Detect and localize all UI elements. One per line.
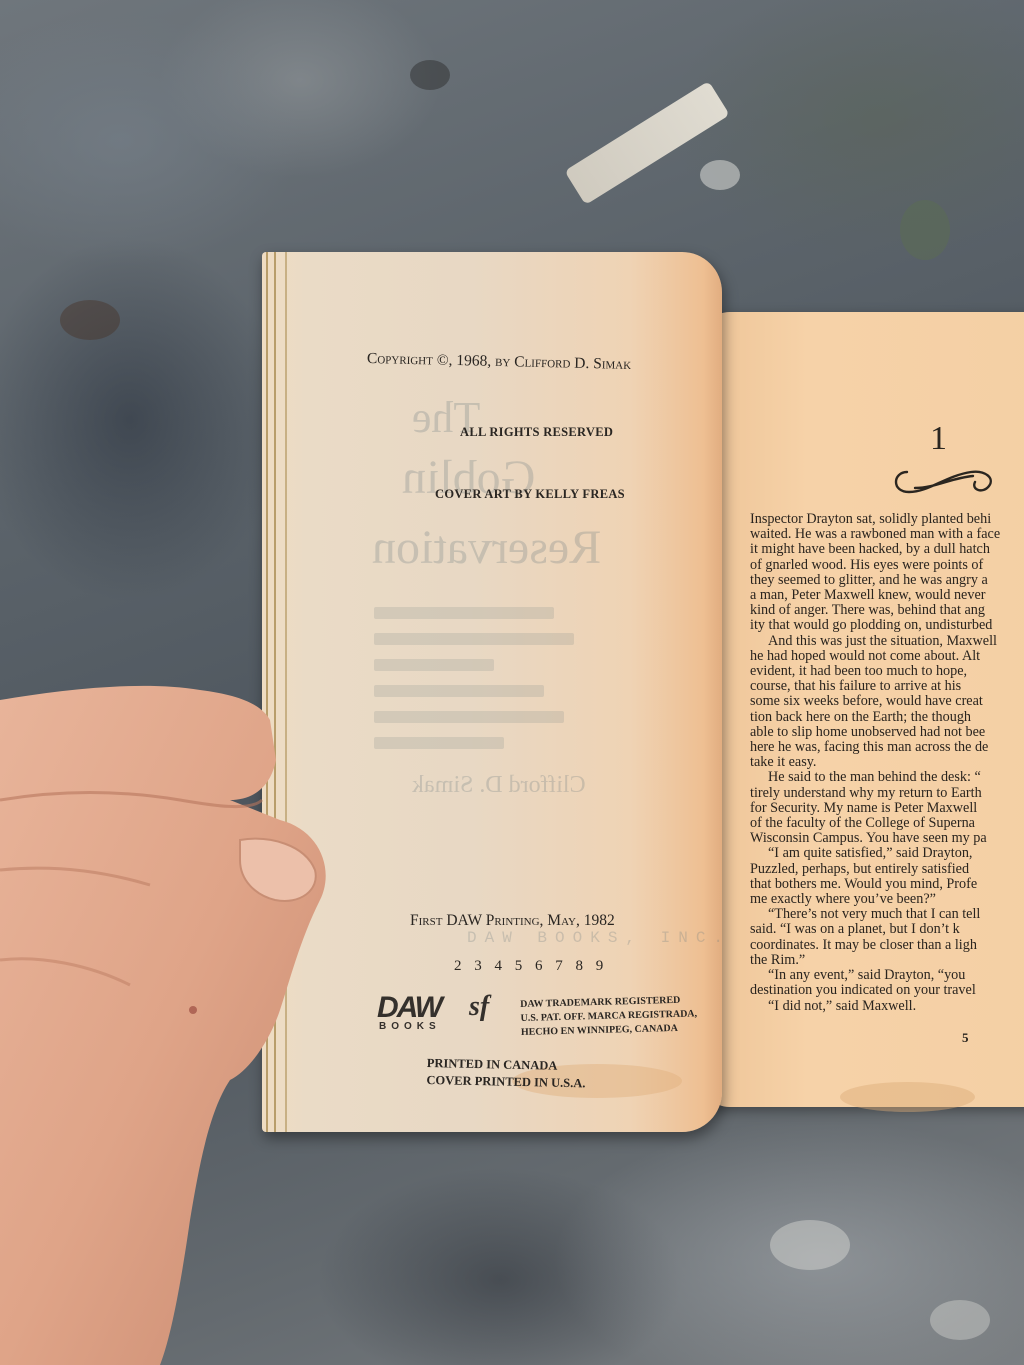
text-line: waited. He was a rawboned man with a fac… xyxy=(750,527,1024,542)
trademark-notice: DAW TRADEMARK REGISTERED U.S. PAT. OFF. … xyxy=(520,993,698,1040)
surface-spot xyxy=(770,1220,850,1270)
text-line: “I did not,” said Maxwell. xyxy=(750,999,1024,1014)
text-line: “I am quite satisfied,” said Drayton, xyxy=(750,846,1024,861)
text-line: it might have been hacked, by a dull hat… xyxy=(750,542,1024,557)
show-through-title-3: Reservation xyxy=(372,520,601,575)
daw-books-logo: DAW BOOKS sf xyxy=(377,995,502,1037)
text-line: he had hoped would not come about. Alt xyxy=(750,649,1024,664)
show-through-imprint: DAW BOOKS, INC. xyxy=(467,929,731,947)
chapter-number: 1 xyxy=(930,420,947,458)
surface-spot xyxy=(60,300,120,340)
flourish-ornament-icon xyxy=(885,462,1000,502)
text-line: that bothers me. Would you mind, Profe xyxy=(750,877,1024,892)
page-edge xyxy=(285,252,287,1132)
text-line: take it easy. xyxy=(750,755,1024,770)
page-number: 5 xyxy=(962,1030,969,1046)
logo-subtext: BOOKS xyxy=(379,1021,441,1032)
surface-spot xyxy=(410,60,450,90)
text-line: “In any event,” said Drayton, “you xyxy=(750,968,1024,983)
right-page: 1 Inspector Drayton sat, solidly planted… xyxy=(700,312,1024,1107)
text-line: Wisconsin Campus. You have seen my pa xyxy=(750,831,1024,846)
text-line: said. “I was on a planet, but I don’t k xyxy=(750,922,1024,937)
page-edge xyxy=(266,252,268,1132)
text-line: of the faculty of the College of Superna xyxy=(750,816,1024,831)
chapter-body-text: Inspector Drayton sat, solidly planted b… xyxy=(750,512,1024,1014)
text-line: for Security. My name is Peter Maxwell xyxy=(750,801,1024,816)
text-line: evident, it had been too much to hope, xyxy=(750,664,1024,679)
text-line: able to slip home unobserved had not bee xyxy=(750,725,1024,740)
surface-spot xyxy=(700,160,740,190)
text-line: He said to the man behind the desk: “ xyxy=(750,770,1024,785)
text-line: they seemed to glitter, and he was angry… xyxy=(750,573,1024,588)
logo-sf-mark: sf xyxy=(469,991,489,1023)
text-line: Inspector Drayton sat, solidly planted b… xyxy=(750,512,1024,527)
text-line: me exactly where you’ve been?” xyxy=(750,892,1024,907)
text-line: And this was just the situation, Maxwell xyxy=(750,634,1024,649)
surface-spot xyxy=(900,200,950,260)
text-line: ity that would go plodding on, undisturb… xyxy=(750,618,1024,633)
page-edge xyxy=(274,252,276,1132)
text-line: tirely understand why my return to Earth xyxy=(750,786,1024,801)
text-line: tion back here on the Earth; the though xyxy=(750,710,1024,725)
page-stain xyxy=(840,1082,975,1112)
text-line: Puzzled, perhaps, but entirely satisfied xyxy=(750,862,1024,877)
bookmark-strip xyxy=(564,81,729,205)
copyright-line: Copyright ©, 1968, by Clifford D. Simak xyxy=(367,350,632,374)
printing-numbers: 2 3 4 5 6 7 8 9 xyxy=(454,958,608,975)
rights-reserved: ALL RIGHTS RESERVED xyxy=(460,425,613,440)
text-line: kind of anger. There was, behind that an… xyxy=(750,603,1024,618)
surface-spot xyxy=(930,1300,990,1340)
logo-wordmark: DAW xyxy=(377,991,441,1025)
show-through-list xyxy=(374,607,574,763)
cover-art-credit: COVER ART BY KELLY FREAS xyxy=(435,487,625,502)
text-line: here he was, facing this man across the … xyxy=(750,740,1024,755)
printed-line: COVER PRINTED IN U.S.A. xyxy=(426,1072,585,1092)
printed-in-notice: PRINTED IN CANADA COVER PRINTED IN U.S.A… xyxy=(426,1055,586,1092)
show-through-author: Clifford D. Simak xyxy=(412,772,586,799)
text-line: some six weeks before, would have creat xyxy=(750,694,1024,709)
text-line: of gnarled wood. His eyes were points of xyxy=(750,558,1024,573)
first-printing-line: First DAW Printing, May, 1982 xyxy=(410,912,615,930)
text-line: the Rim.” xyxy=(750,953,1024,968)
text-line: “There’s not very much that I can tell xyxy=(750,907,1024,922)
text-line: coordinates. It may be closer than a lig… xyxy=(750,938,1024,953)
text-line: a man, Peter Maxwell knew, would never xyxy=(750,588,1024,603)
text-line: destination you indicated on your travel xyxy=(750,983,1024,998)
left-page: The Goblin Reservation Clifford D. Simak… xyxy=(262,252,722,1132)
text-line: course, that his failure to arrive at hi… xyxy=(750,679,1024,694)
